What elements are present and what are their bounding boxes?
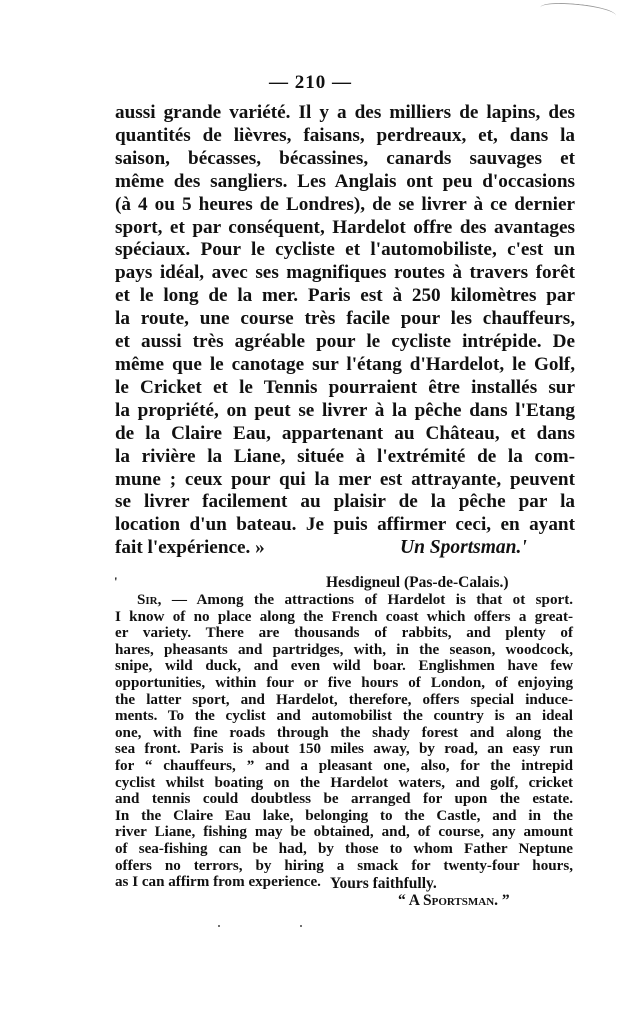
text-line: aussi grande variété. Il y a des millier… [115,102,575,125]
text-line: er variety. There are thousands of rabbi… [115,625,573,642]
text-line: sport, et par conséquent, Hardelot offre… [115,217,575,240]
scanned-book-page: — 210 — aussi grande variété. Il y a des… [0,0,621,1024]
text-line: cyclist whilst boating on the Hardelot w… [115,775,573,792]
letter-location: Hesdigneul (Pas-de-Calais.) [326,574,509,592]
text-line: saison, bécasses, bécassines, canards sa… [115,148,575,171]
text-line: de la Claire Eau, appartenant au Château… [115,423,575,446]
text-line: I know of no place along the French coas… [115,609,573,626]
text-line: and tennis could doubtless be arranged f… [115,791,573,808]
text-line: le Cricket et le Tennis pourraient être … [115,377,575,400]
text-line: snipe, wild duck, and even wild boar. En… [115,658,573,675]
text-line: offers no terrors, by hiring a smack for… [115,858,573,875]
text-line: ments. To the cyclist and automobilist t… [115,708,573,725]
text-line: même des sangliers. Les Anglais ont peu … [115,171,575,194]
text-line: In the Claire Eau lake, belonging to the… [115,808,573,825]
text-line: spéciaux. Pour le cycliste et l'automobi… [115,239,575,262]
text-line: et aussi très agréable pour le cycliste … [115,331,575,354]
text-line: mune ; ceux pour qui la mer est attrayan… [115,469,575,492]
french-signature: Un Sportsman.' [400,537,527,559]
text-line: for “ chauffeurs, ” and a pleasant one, … [115,758,573,775]
page-number: — 210 — [0,72,621,94]
text-line: se livrer facilement au plaisir de la pê… [115,491,575,514]
text-line: location d'un bateau. Je puis affirmer c… [115,514,575,537]
text-line: la rivière la Liane, située à l'extrémit… [115,446,575,469]
text-line: même que le canotage sur l'étang d'Harde… [115,354,575,377]
salutation: Sir, [137,592,161,608]
text-line: la route, une course très facile pour le… [115,308,575,331]
scan-speck [300,925,302,927]
scan-speck [218,925,220,927]
stray-print-mark: ' [114,574,118,590]
page-corner-scan-artifact [539,0,616,23]
text-line: hares, pheasants and partridges, with, i… [115,642,573,659]
french-letter-body: aussi grande variété. Il y a des millier… [115,102,575,560]
text-line: la propriété, on peut se livrer à la pêc… [115,400,575,423]
text-line: of sea-fishing can be had, by those to w… [115,841,573,858]
text-line: sea front. Paris is about 150 miles away… [115,741,573,758]
text-line: opportunities, within four or five hours… [115,675,573,692]
text-line: (à 4 ou 5 heures de Londres), de se livr… [115,194,575,217]
text-line: river Liane, fishing may be obtained, an… [115,824,573,841]
text-line-opening: Sir, — Among the attractions of Hardelot… [115,592,573,609]
text-line: quantités de lièvres, faisans, perdreaux… [115,125,575,148]
english-signature: “ A Sportsman. ” [398,892,510,910]
opening-text: — Among the attractions of Hardelot is t… [161,592,573,608]
text-line: one, with fine roads through the shady f… [115,725,573,742]
english-letter-body: Sir, — Among the attractions of Hardelot… [115,592,573,891]
text-line: the latter sport, and Hardelot, therefor… [115,692,573,709]
letter-closing: Yours faithfully. [330,875,437,893]
text-line: et le long de la mer. Paris est à 250 ki… [115,285,575,308]
text-line: pays idéal, avec ses magnifiques routes … [115,262,575,285]
